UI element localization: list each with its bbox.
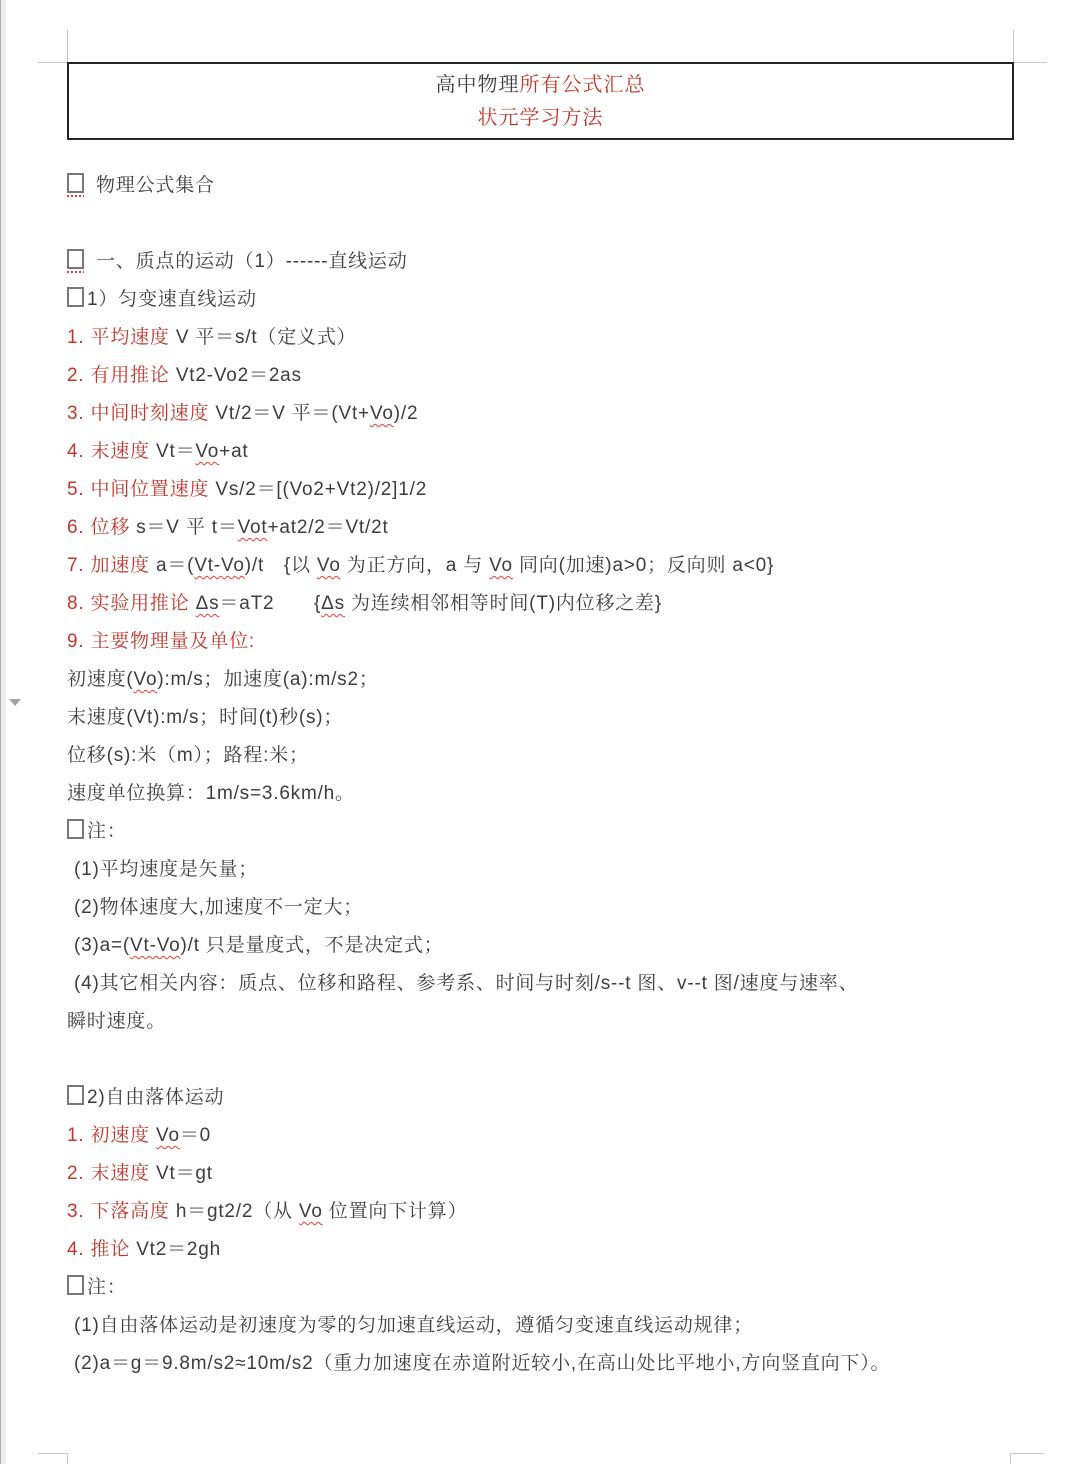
text-segment: 2)自由落体运动 xyxy=(87,1087,224,1108)
document-line: 4. 末速度 Vt＝Vo+at xyxy=(67,433,1014,471)
text-segment: (1)自由落体运动是初速度为零的匀加速直线运动，遵循匀变速直线运动规律； xyxy=(74,1315,753,1336)
document-line: (1)平均速度是矢量； xyxy=(67,851,1014,889)
text-segment: Vo xyxy=(370,403,394,424)
title-box: 高中物理所有公式汇总 状元学习方法 xyxy=(67,62,1014,140)
text-segment: ＝0 xyxy=(180,1125,211,1146)
document-line: 1. 初速度 Vo＝0 xyxy=(67,1117,1014,1155)
document-line: 5. 中间位置速度 Vs/2＝[(Vo2+Vt2)/2]1/2 xyxy=(67,471,1014,509)
text-segment: 4. 末速度 xyxy=(67,441,150,462)
text-segment: 末速度(Vt):m/s；时间(t)秒(s)； xyxy=(67,707,343,728)
document-line: 一、质点的运动（1）------直线运动 xyxy=(67,243,1014,281)
text-segment: (2)物体速度大,加速度不一定大； xyxy=(74,897,363,918)
document-line: 8. 实验用推论 Δs＝aT2 {Δs 为连续相邻相等时间(T)内位移之差} xyxy=(67,585,1014,623)
text-segment: Vo xyxy=(156,1125,180,1146)
document-line: 位移(s):米（m）；路程:米； xyxy=(67,737,1014,775)
document-line: 1）匀变速直线运动 xyxy=(67,281,1014,319)
text-segment: 高中物理 xyxy=(436,74,520,96)
text-segment: 为连续相邻相等时间(T)内位移之差} xyxy=(345,593,662,614)
text-segment: Δs xyxy=(321,593,345,614)
text-segment: (3)a=( xyxy=(74,935,130,956)
text-segment: Vo xyxy=(195,441,219,462)
document-line: 9. 主要物理量及单位: xyxy=(67,623,1014,661)
checkbox-glyph xyxy=(67,819,84,839)
text-segment: Vot xyxy=(238,517,268,538)
text-segment: Vo xyxy=(299,1201,323,1222)
text-segment: s＝V 平 t＝ xyxy=(130,517,238,538)
document-subtitle: 状元学习方法 xyxy=(69,102,1012,135)
text-segment: 4. 推论 xyxy=(67,1239,130,1260)
text-segment: Vt＝gt xyxy=(150,1163,213,1184)
text-segment: V 平＝s/t（定义式） xyxy=(170,327,357,348)
document-line: 1. 平均速度 V 平＝s/t（定义式） xyxy=(67,319,1014,357)
text-segment: 注： xyxy=(87,821,127,842)
text-segment: 3. 下落高度 xyxy=(67,1201,170,1222)
text-segment: 1. 平均速度 xyxy=(67,327,170,348)
text-segment: )/t {以 xyxy=(245,555,317,576)
text-segment: ):m/s；加速度(a):m/s2； xyxy=(157,669,378,690)
text-segment: 8. 实验用推论 xyxy=(67,593,190,614)
document-line: 初速度(Vo):m/s；加速度(a):m/s2； xyxy=(67,661,1014,699)
text-segment: +at xyxy=(219,441,248,462)
document-line: 7. 加速度 a＝(Vt-Vo)/t {以 Vo 为正方向，a 与 Vo 同向(… xyxy=(67,547,1014,585)
checkbox-glyph xyxy=(67,249,84,269)
document-line: (2)a＝g＝9.8m/s2≈10m/s2（重力加速度在赤道附近较小,在高山处比… xyxy=(67,1345,1014,1383)
text-segment: Vs/2＝[(Vo2+Vt2)/2]1/2 xyxy=(209,479,427,500)
text-segment: 速度单位换算：1m/s=3.6km/h。 xyxy=(67,783,355,804)
checkbox-glyph xyxy=(67,1275,84,1295)
text-segment: Vt2＝2gh xyxy=(130,1239,221,1260)
text-segment: (2)a＝g＝9.8m/s2≈10m/s2（重力加速度在赤道附近较小,在高山处比… xyxy=(74,1353,890,1374)
text-segment: 9. 主要物理量及单位: xyxy=(67,631,255,652)
crop-mark-bottom-left-horizontal xyxy=(38,1453,67,1454)
text-segment: 注： xyxy=(87,1277,127,1298)
text-segment: 一、质点的运动（1）------直线运动 xyxy=(96,251,408,272)
text-segment: Δs xyxy=(196,593,220,614)
document-body: 物理公式集合一、质点的运动（1）------直线运动1）匀变速直线运动1. 平均… xyxy=(67,167,1014,1383)
document-line: 2)自由落体运动 xyxy=(67,1079,1014,1117)
text-segment: h＝gt2/2（从 xyxy=(170,1201,299,1222)
text-segment: Vo xyxy=(489,555,513,576)
document-line: 注： xyxy=(67,813,1014,851)
document-line: 3. 中间时刻速度 Vt/2＝V 平＝(Vt+Vo)/2 xyxy=(67,395,1014,433)
document-line: 2. 末速度 Vt＝gt xyxy=(67,1155,1014,1193)
text-segment: Vt-Vo xyxy=(194,555,244,576)
text-segment: 3. 中间时刻速度 xyxy=(67,403,209,424)
text-segment: 2. 末速度 xyxy=(67,1163,150,1184)
page-left-edge-line xyxy=(0,0,1,1464)
text-segment: 1）匀变速直线运动 xyxy=(87,289,257,310)
text-segment: 位置向下计算） xyxy=(323,1201,468,1222)
text-segment: 6. 位移 xyxy=(67,517,130,538)
text-segment: +at2/2＝Vt/2t xyxy=(268,517,389,538)
text-segment: 瞬时速度。 xyxy=(67,1011,166,1032)
text-segment: 1. 初速度 xyxy=(67,1125,150,1146)
text-segment: 所有公式汇总 xyxy=(520,74,646,96)
crop-mark-bottom-left-vertical xyxy=(67,1453,68,1464)
document-line: (2)物体速度大,加速度不一定大； xyxy=(67,889,1014,927)
document-line: 末速度(Vt):m/s；时间(t)秒(s)； xyxy=(67,699,1014,737)
crop-mark-top-left-horizontal xyxy=(38,62,67,63)
document-line: 速度单位换算：1m/s=3.6km/h。 xyxy=(67,775,1014,813)
document-line: (4)其它相关内容：质点、位移和路程、参考系、时间与时刻/s--t 图、v--t… xyxy=(67,965,1014,1003)
document-line: 2. 有用推论 Vt2-Vo2＝2as xyxy=(67,357,1014,395)
text-segment: Vt/2＝V 平＝(Vt+ xyxy=(209,403,370,424)
document-line: 6. 位移 s＝V 平 t＝Vot+at2/2＝Vt/2t xyxy=(67,509,1014,547)
document-title: 高中物理所有公式汇总 xyxy=(69,69,1012,102)
text-segment: a＝( xyxy=(150,555,194,576)
document-line: 注： xyxy=(67,1269,1014,1307)
document-page: 高中物理所有公式汇总 状元学习方法 物理公式集合一、质点的运动（1）------… xyxy=(67,0,1014,1383)
text-segment: (1)平均速度是矢量； xyxy=(74,859,258,880)
text-segment: 物理公式集合 xyxy=(96,175,215,196)
document-line: 3. 下落高度 h＝gt2/2（从 Vo 位置向下计算） xyxy=(67,1193,1014,1231)
text-segment: 初速度( xyxy=(67,669,134,690)
checkbox-glyph xyxy=(67,173,84,193)
document-line: 物理公式集合 xyxy=(67,167,1014,205)
text-segment: Vt2-Vo2＝2as xyxy=(170,365,302,386)
document-line: (3)a=(Vt-Vo)/t 只是量度式，不是决定式； xyxy=(67,927,1014,965)
text-segment: 2. 有用推论 xyxy=(67,365,170,386)
document-line: 瞬时速度。 xyxy=(67,1003,1014,1041)
text-segment: Vo xyxy=(317,555,341,576)
text-segment: ＝aT2 { xyxy=(219,593,321,614)
checkbox-glyph xyxy=(67,1085,84,1105)
crop-mark-bottom-right-vertical xyxy=(1010,1453,1011,1464)
text-segment: 为正方向，a 与 xyxy=(341,555,489,576)
text-segment: 5. 中间位置速度 xyxy=(67,479,209,500)
text-segment: 同向(加速)a>0；反向则 a<0} xyxy=(513,555,774,576)
checkbox-glyph xyxy=(67,287,84,307)
text-segment: 状元学习方法 xyxy=(478,107,604,129)
text-segment: 7. 加速度 xyxy=(67,555,150,576)
text-segment: )/t 只是量度式，不是决定式； xyxy=(181,935,444,956)
text-segment: (4)其它相关内容：质点、位移和路程、参考系、时间与时刻/s--t 图、v--t… xyxy=(74,973,858,994)
text-segment: Vt＝ xyxy=(150,441,195,462)
text-segment: Vt-Vo xyxy=(130,935,180,956)
collapse-arrow-icon[interactable] xyxy=(9,699,21,706)
crop-mark-bottom-right-horizontal xyxy=(1010,1453,1044,1454)
text-segment: Vo xyxy=(134,669,158,690)
crop-mark-top-right-horizontal xyxy=(1013,62,1047,63)
document-line: (1)自由落体运动是初速度为零的匀加速直线运动，遵循匀变速直线运动规律； xyxy=(67,1307,1014,1345)
document-line: 4. 推论 Vt2＝2gh xyxy=(67,1231,1014,1269)
text-segment: )/2 xyxy=(394,403,419,424)
text-segment: 位移(s):米（m）；路程:米； xyxy=(67,745,309,766)
